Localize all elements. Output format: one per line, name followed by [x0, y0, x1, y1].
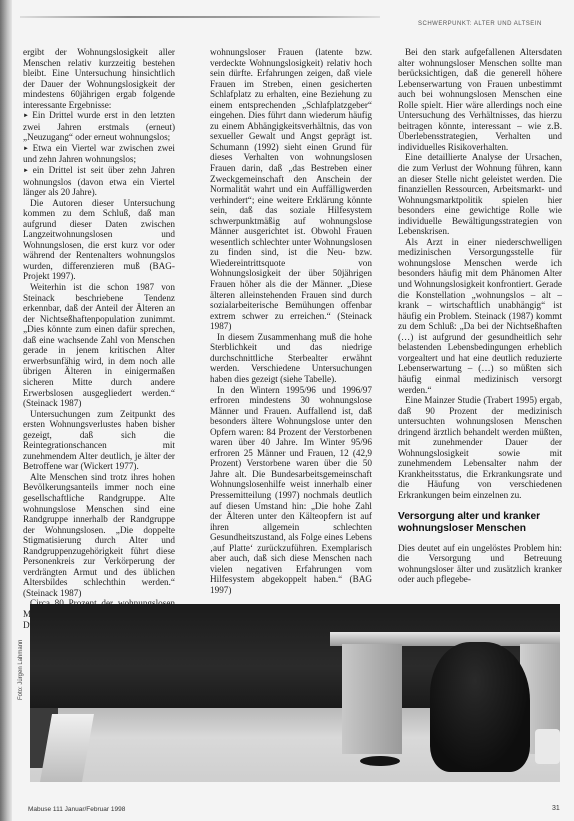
bullet-list: Ein Drittel wurde erst in den letzten zw…	[23, 110, 175, 197]
photo-begging-cap	[360, 756, 400, 766]
paragraph: wohnungsloser Frauen (latente bzw. verde…	[210, 47, 372, 332]
photograph-homeless-person	[30, 604, 560, 782]
bullet-item: Etwa ein Viertel war zwischen zwei und z…	[23, 143, 175, 165]
paragraph: Alte Menschen sind trotz ihres hohen Bev…	[23, 472, 175, 599]
paragraph: Dies deutet auf ein ungelöstes Problem h…	[398, 543, 562, 585]
paragraph: Bei den stark aufgefallenen Altersdaten …	[398, 47, 562, 152]
photo-plastic-bag	[535, 729, 560, 764]
paragraph: In diesem Zusammenhang muß die hohe Ster…	[210, 332, 372, 385]
text-column-1: ergibt der Wohnungslosigkeit aller Mensc…	[23, 47, 175, 630]
section-subheading: Versorgung alter und kranker wohnungslos…	[398, 511, 562, 535]
footer-publication: Mabuse 111 Januar/Februar 1998	[28, 806, 125, 813]
paragraph: Eine detaillierte Analyse der Ursachen, …	[398, 152, 562, 236]
paragraph: Eine Mainzer Studie (Trabert 1995) ergab…	[398, 395, 562, 500]
photo-pillar	[342, 644, 402, 754]
photo-credit: Foto: Jürgen Lahmann	[18, 620, 24, 700]
paragraph: ergibt der Wohnungslosigkeit aller Mensc…	[23, 47, 175, 110]
paragraph: Die Autoren dieser Untersuchung kommen z…	[23, 198, 175, 282]
page-number: 31	[552, 805, 560, 812]
header-rule	[20, 16, 380, 18]
bullet-item: Ein Drittel wurde erst in den letzten zw…	[23, 110, 175, 143]
paragraph: Als Arzt in einer niederschwelligen medi…	[398, 237, 562, 395]
paragraph: In den Wintern 1995/96 und 1996/97 erfro…	[210, 385, 372, 596]
paragraph: Weiterhin ist die schon 1987 von Steinac…	[23, 282, 175, 409]
text-column-3: Bei den stark aufgefallenen Altersdaten …	[398, 47, 562, 585]
scan-spine-shadow	[0, 0, 12, 821]
paragraph: Untersuchungen zum Zeitpunkt des ersten …	[23, 409, 175, 472]
running-head: Schwerpunkt: Alter und Altsein	[418, 21, 568, 27]
bullet-item: ein Drittel ist seit über zehn Jahren wo…	[23, 165, 175, 198]
photo-seated-person	[430, 642, 530, 772]
text-column-2: wohnungsloser Frauen (latente bzw. verde…	[210, 47, 372, 595]
